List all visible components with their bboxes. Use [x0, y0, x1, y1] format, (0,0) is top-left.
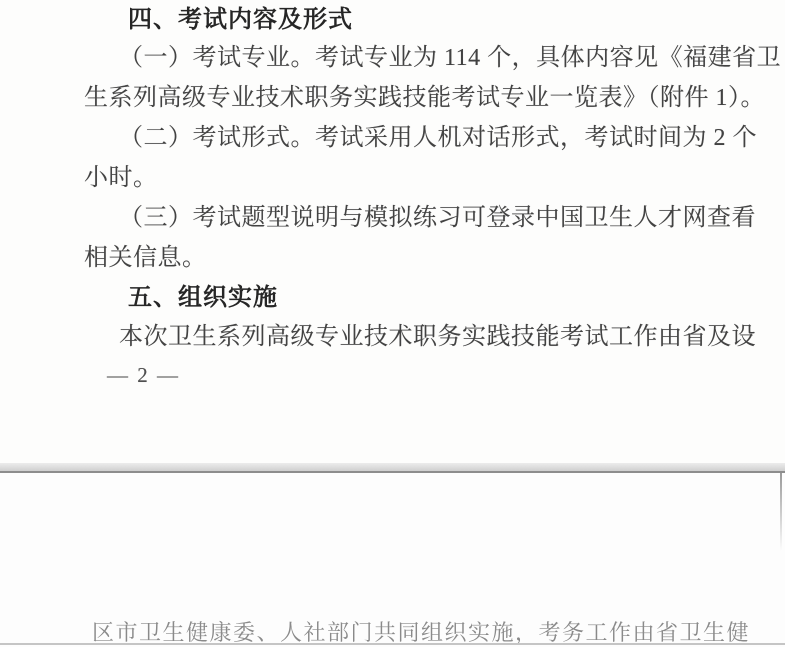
scanned-document-view: 四、考试内容及形式 （一）考试专业。考试专业为 114 个，具体内容见《福建省卫…: [0, 0, 785, 647]
page-number: — 2 —: [107, 361, 180, 389]
page-gap-divider: [0, 463, 785, 473]
section4-item3-line1: （三）考试题型说明与模拟练习可登录中国卫生人才网查看: [119, 204, 756, 232]
section4-item3-line2: 相关信息。: [84, 244, 207, 272]
section4-item1-line1: （一）考试专业。考试专业为 114 个，具体内容见《福建省卫: [119, 44, 781, 72]
section4-item1-line2: 生系列高级专业技术职务实践技能考试专业一览表》（附件 1）。: [84, 84, 765, 112]
bottom-scan-rule: [0, 643, 785, 645]
page-right-edge-line: [780, 473, 782, 551]
section4-heading: 四、考试内容及形式: [128, 6, 353, 34]
scanned-page-3: 区市卫生健康委、人社部门共同组织实施，考务工作由省卫生健: [0, 473, 785, 647]
section5-heading: 五、组织实施: [128, 284, 278, 312]
section4-item2-line1: （二）考试形式。考试采用人机对话形式，考试时间为 2 个: [119, 124, 757, 152]
section5-para-line1: 本次卫生系列高级专业技术职务实践技能考试工作由省及设: [119, 323, 756, 351]
scanned-page-2: 四、考试内容及形式 （一）考试专业。考试专业为 114 个，具体内容见《福建省卫…: [0, 0, 785, 464]
section4-item2-line2: 小时。: [84, 164, 158, 192]
